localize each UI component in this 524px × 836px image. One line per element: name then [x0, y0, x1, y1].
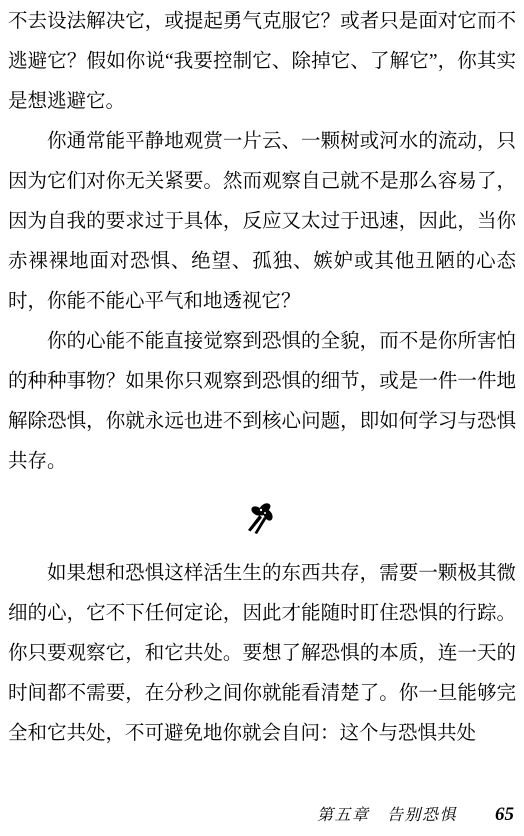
page-number: 65 [495, 804, 514, 826]
paragraph-4: 如果想和恐惧这样活生生的东西共存，需要一颗极其微细的心，它不下任何定论，因此才能… [8, 554, 516, 754]
footer-chapter-title: 第五章 告别恐惧 [317, 802, 457, 825]
flower-ornament-icon [244, 499, 280, 537]
paragraph-2: 你通常能平静地观赏一片云、一颗树或河水的流动，只因为它们对你无关紧要。然而观察自… [8, 122, 516, 322]
page-footer: 第五章 告别恐惧 65 [317, 802, 514, 826]
paragraph-3: 你的心能不能直接觉察到恐惧的全貌，而不是你所害怕的种种事物？如果你只观察到恐惧的… [8, 322, 516, 482]
section-divider-ornament [8, 482, 516, 554]
book-page: 不去设法解决它，或提起勇气克服它？或者只是面对它而不逃避它？假如你说“我要控制它… [0, 0, 524, 754]
paragraph-1: 不去设法解决它，或提起勇气克服它？或者只是面对它而不逃避它？假如你说“我要控制它… [8, 2, 516, 122]
